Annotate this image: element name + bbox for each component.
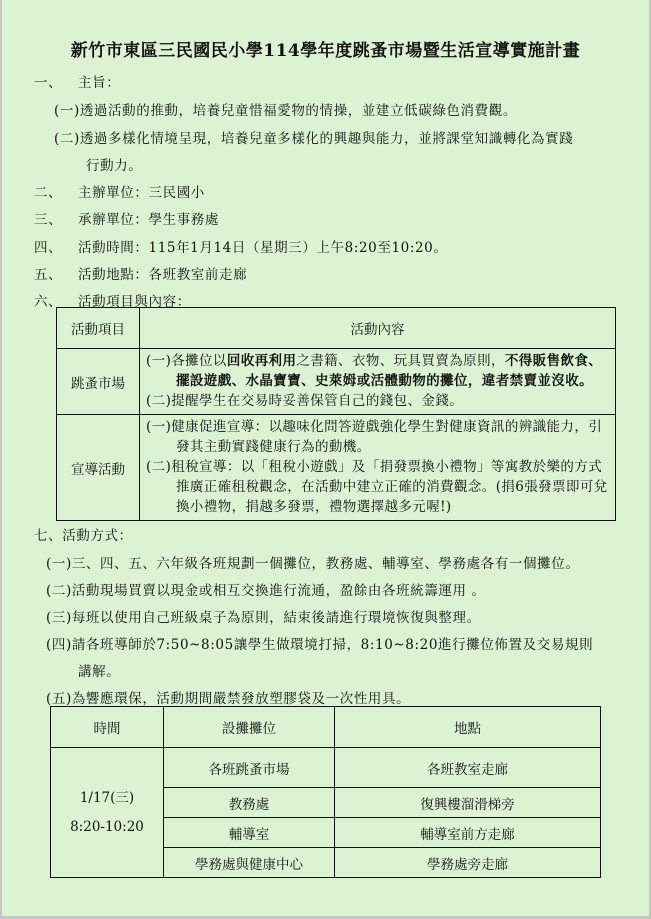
section-7-item-1: (一)三、四、五、六年級各班規劃一個攤位，教務處、輔導室、學務處各有一個攤位。 xyxy=(46,552,579,572)
section-4: 四、活動時間：115年1月14日（星期三）上午8:20至10:20。 xyxy=(34,236,447,256)
header-activity-content: 活動內容 xyxy=(140,308,616,349)
section-7-item-4: (四)請各班導師於7:50~8:05讓學生做環境打掃，8:10~8:20進行攤位… xyxy=(46,633,593,653)
stall-cell: 輔導室 xyxy=(164,818,335,848)
stall-cell: 教務處 xyxy=(164,788,335,818)
content-point-1: (一)各攤位以回收再利用之書籍、衣物、玩具買賣為原則，不得販售飲食、擺設遊戲、水… xyxy=(146,351,609,391)
section-2: 二、主辦單位：三民國小 xyxy=(34,181,205,201)
section-1-heading: 一、主旨： xyxy=(34,71,120,91)
section-7-item-2: (二)活動現場買賣以現金或相互交換進行流通，盈餘由各班統籌運用 。 xyxy=(46,579,486,599)
stall-cell: 學務處與健康中心 xyxy=(164,848,335,878)
location-cell: 各班教室走廊 xyxy=(335,748,601,788)
activity-content: (一)健康促進宣導：以趣味化問答遊戲強化學生對健康資訊的辨識能力，引發其主動實踐… xyxy=(140,415,616,521)
location-cell: 復興樓溜滑梯旁 xyxy=(335,788,601,818)
header-location: 地點 xyxy=(335,707,601,748)
table-row: 跳蚤市場 (一)各攤位以回收再利用之書籍、衣物、玩具買賣為原則，不得販售飲食、擺… xyxy=(57,349,616,415)
location-cell: 輔導室前方走廊 xyxy=(335,818,601,848)
activity-item: 宣導活動 xyxy=(57,415,140,521)
section-5: 五、活動地點：各班教室前走廊 xyxy=(34,263,247,283)
table-header-row: 活動項目 活動內容 xyxy=(57,308,616,349)
window-edge-left xyxy=(0,0,2,919)
content-point-2: (二)租稅宣導：以「租稅小遊戲」及「捐發票換小禮物」等寓教於樂的方式推廣正確租稅… xyxy=(146,457,609,517)
activity-content: (一)各攤位以回收再利用之書籍、衣物、玩具買賣為原則，不得販售飲食、擺設遊戲、水… xyxy=(140,349,616,415)
content-point-2: (二)提醒學生在交易時妥善保管自己的錢包、金錢。 xyxy=(146,391,609,411)
time-cell: 1/17(三) 8:20-10:20 xyxy=(51,748,164,878)
content-point-1: (一)健康促進宣導：以趣味化問答遊戲強化學生對健康資訊的辨識能力，引發其主動實踐… xyxy=(146,417,609,457)
table-header-row: 時間 設攤攤位 地點 xyxy=(51,707,601,748)
table-row: 1/17(三) 8:20-10:20 各班跳蚤市場 各班教室走廊 xyxy=(51,748,601,788)
section-7-item-5: (五)為響應環保，活動期間嚴禁發放塑膠袋及一次性用具。 xyxy=(46,687,410,707)
activity-table: 活動項目 活動內容 跳蚤市場 (一)各攤位以回收再利用之書籍、衣物、玩具買賣為原… xyxy=(56,307,616,521)
table-row: 宣導活動 (一)健康促進宣導：以趣味化問答遊戲強化學生對健康資訊的辨識能力，引發… xyxy=(57,415,616,521)
section-7-item-3: (三)每班以使用自己班級桌子為原則，結束後請進行環境恢復與整理。 xyxy=(46,606,481,626)
section-3: 三、承辦單位：學生事務處 xyxy=(34,208,219,228)
header-stall: 設攤攤位 xyxy=(164,707,335,748)
section-1-item-1: (一)透過活動的推動，培養兒童惜福愛物的情操，並建立低碳綠色消費觀。 xyxy=(54,99,517,119)
section-1-item-2-cont: 行動力。 xyxy=(86,154,142,174)
location-cell: 學務處旁走廊 xyxy=(335,848,601,878)
stall-cell: 各班跳蚤市場 xyxy=(164,748,335,788)
header-activity-item: 活動項目 xyxy=(57,308,140,349)
section-7-heading: 七、活動方式： xyxy=(34,524,133,544)
schedule-table: 時間 設攤攤位 地點 1/17(三) 8:20-10:20 各班跳蚤市場 各班教… xyxy=(50,706,601,878)
document-title: 新竹市東區三民國民小學114學年度跳蚤市場暨生活宣導實施計畫 xyxy=(0,36,651,61)
activity-item: 跳蚤市場 xyxy=(57,349,140,415)
header-time: 時間 xyxy=(51,707,164,748)
section-1-item-2: (二)透過多樣化情境呈現，培養兒童多樣化的興趣與能力，並將課堂知識轉化為實踐 xyxy=(54,127,573,147)
section-7-item-4-cont: 講解。 xyxy=(78,660,120,680)
